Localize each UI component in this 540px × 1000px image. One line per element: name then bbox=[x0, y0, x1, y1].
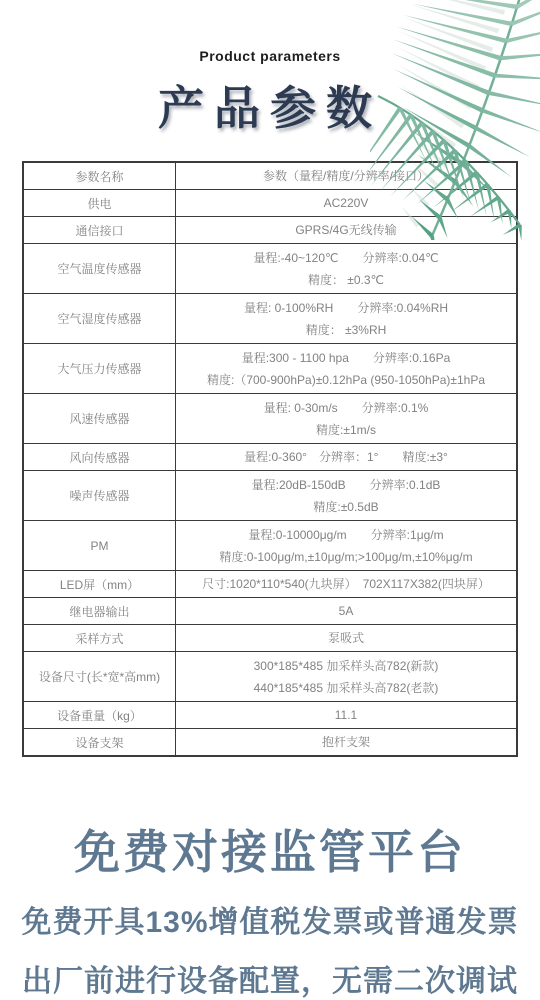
table-row: 风速传感器量程: 0-30m/s 分辨率:0.1%精度:±1m/s bbox=[23, 394, 517, 444]
param-value-cell: 300*185*485 加采样头高782(新款)440*185*485 加采样头… bbox=[176, 652, 518, 702]
table-row: 采样方式泵吸式 bbox=[23, 625, 517, 652]
table-row: 设备尺寸(长*宽*高mm)300*185*485 加采样头高782(新款)440… bbox=[23, 652, 517, 702]
param-value-cell: 量程:0-360° 分辨率：1° 精度:±3° bbox=[176, 444, 518, 471]
param-value-line: 量程:-40~120℃ 分辨率:0.04℃ bbox=[179, 247, 513, 269]
param-value-cell: AC220V bbox=[176, 190, 518, 217]
param-value-line: 参数（量程/精度/分辨率/接口） bbox=[179, 165, 513, 187]
param-value-cell: 量程:-40~120℃ 分辨率:0.04℃精度： ±0.3℃ bbox=[176, 244, 518, 294]
table-row: 风向传感器量程:0-360° 分辨率：1° 精度:±3° bbox=[23, 444, 517, 471]
param-value-cell: 抱杆支架 bbox=[176, 729, 518, 757]
param-value-line: 抱杆支架 bbox=[179, 731, 513, 753]
table-row: 空气温度传感器量程:-40~120℃ 分辨率:0.04℃精度： ±0.3℃ bbox=[23, 244, 517, 294]
header-subtitle: Product parameters bbox=[0, 48, 540, 64]
param-value-line: 精度:±0.5dB bbox=[179, 496, 513, 518]
parameters-table: 参数名称参数（量程/精度/分辨率/接口）供电AC220V通信接口GPRS/4G无… bbox=[22, 161, 518, 757]
param-value-cell: 尺寸:1020*110*540(九块屏） 702X117X382(四块屏） bbox=[176, 571, 518, 598]
param-value-line: 量程:20dB-150dB 分辨率:0.1dB bbox=[179, 474, 513, 496]
param-value-line: 精度:（700-900hPa)±0.12hPa (950-1050hPa)±1h… bbox=[179, 369, 513, 391]
param-name-cell: 设备支架 bbox=[23, 729, 176, 757]
param-value-line: 量程: 0-100%RH 分辨率:0.04%RH bbox=[179, 297, 513, 319]
param-name-cell: 风速传感器 bbox=[23, 394, 176, 444]
param-value-line: 量程: 0-30m/s 分辨率:0.1% bbox=[179, 397, 513, 419]
param-value-line: 泵吸式 bbox=[179, 627, 513, 649]
param-value-cell: 量程:0-10000μg/m 分辨率:1μg/m精度:0-100μg/m,±10… bbox=[176, 521, 518, 571]
param-value-cell: 量程:300 - 1100 hpa 分辨率:0.16Pa精度:（700-900h… bbox=[176, 344, 518, 394]
table-row: 继电器输出5A bbox=[23, 598, 517, 625]
param-value-line: 300*185*485 加采样头高782(新款) bbox=[179, 655, 513, 677]
param-value-line: 尺寸:1020*110*540(九块屏） 702X117X382(四块屏） bbox=[179, 573, 513, 595]
footer-tagline-1: 免费开具13%增值税发票或普通发票 bbox=[0, 897, 540, 941]
param-value-line: 5A bbox=[179, 600, 513, 622]
param-value-line: 量程:300 - 1100 hpa 分辨率:0.16Pa bbox=[179, 347, 513, 369]
table-row: 大气压力传感器量程:300 - 1100 hpa 分辨率:0.16Pa精度:（7… bbox=[23, 344, 517, 394]
table-row: 噪声传感器量程:20dB-150dB 分辨率:0.1dB精度:±0.5dB bbox=[23, 471, 517, 521]
param-value-line: 精度： ±3%RH bbox=[179, 319, 513, 341]
param-value-line: GPRS/4G无线传输 bbox=[179, 219, 513, 241]
table-row: 参数名称参数（量程/精度/分辨率/接口） bbox=[23, 162, 517, 190]
table-row: 设备重量（kg）11.1 bbox=[23, 702, 517, 729]
param-name-cell: 采样方式 bbox=[23, 625, 176, 652]
param-name-cell: 空气温度传感器 bbox=[23, 244, 176, 294]
param-value-line: 精度： ±0.3℃ bbox=[179, 269, 513, 291]
param-value-cell: 11.1 bbox=[176, 702, 518, 729]
footer-headline: 免费对接监管平台 bbox=[0, 816, 540, 882]
table-row: 供电AC220V bbox=[23, 190, 517, 217]
param-value-cell: 参数（量程/精度/分辨率/接口） bbox=[176, 162, 518, 190]
param-name-cell: 通信接口 bbox=[23, 217, 176, 244]
table-row: PM量程:0-10000μg/m 分辨率:1μg/m精度:0-100μg/m,±… bbox=[23, 521, 517, 571]
param-name-cell: 供电 bbox=[23, 190, 176, 217]
param-name-cell: 大气压力传感器 bbox=[23, 344, 176, 394]
param-value-cell: 5A bbox=[176, 598, 518, 625]
param-value-cell: GPRS/4G无线传输 bbox=[176, 217, 518, 244]
table-row: 设备支架抱杆支架 bbox=[23, 729, 517, 757]
param-value-line: 精度:±1m/s bbox=[179, 419, 513, 441]
table-row: LED屏（mm）尺寸:1020*110*540(九块屏） 702X117X382… bbox=[23, 571, 517, 598]
param-value-line: 11.1 bbox=[179, 704, 513, 726]
param-name-cell: 设备尺寸(长*宽*高mm) bbox=[23, 652, 176, 702]
param-value-line: 440*185*485 加采样头高782(老款) bbox=[179, 677, 513, 699]
table-row: 空气湿度传感器量程: 0-100%RH 分辨率:0.04%RH精度： ±3%RH bbox=[23, 294, 517, 344]
param-value-line: 精度:0-100μg/m,±10μg/m;>100μg/m,±10%μg/m bbox=[179, 546, 513, 568]
param-name-cell: LED屏（mm） bbox=[23, 571, 176, 598]
param-name-cell: PM bbox=[23, 521, 176, 571]
param-name-cell: 风向传感器 bbox=[23, 444, 176, 471]
page-title: 产品参数 bbox=[0, 72, 540, 138]
param-name-cell: 噪声传感器 bbox=[23, 471, 176, 521]
param-value-cell: 量程:20dB-150dB 分辨率:0.1dB精度:±0.5dB bbox=[176, 471, 518, 521]
param-value-cell: 量程: 0-30m/s 分辨率:0.1%精度:±1m/s bbox=[176, 394, 518, 444]
param-value-cell: 量程: 0-100%RH 分辨率:0.04%RH精度： ±3%RH bbox=[176, 294, 518, 344]
page-footer: 免费对接监管平台 免费开具13%增值税发票或普通发票 出厂前进行设备配置，无需二… bbox=[0, 816, 540, 1000]
param-value-cell: 泵吸式 bbox=[176, 625, 518, 652]
param-name-cell: 继电器输出 bbox=[23, 598, 176, 625]
param-name-cell: 参数名称 bbox=[23, 162, 176, 190]
param-name-cell: 空气湿度传感器 bbox=[23, 294, 176, 344]
param-value-line: AC220V bbox=[179, 192, 513, 214]
page-header: Product parameters 产品参数 bbox=[0, 48, 540, 138]
param-name-cell: 设备重量（kg） bbox=[23, 702, 176, 729]
param-value-line: 量程:0-10000μg/m 分辨率:1μg/m bbox=[179, 524, 513, 546]
param-value-line: 量程:0-360° 分辨率：1° 精度:±3° bbox=[179, 446, 513, 468]
footer-tagline-2: 出厂前进行设备配置，无需二次调试 bbox=[0, 956, 540, 1000]
table-row: 通信接口GPRS/4G无线传输 bbox=[23, 217, 517, 244]
